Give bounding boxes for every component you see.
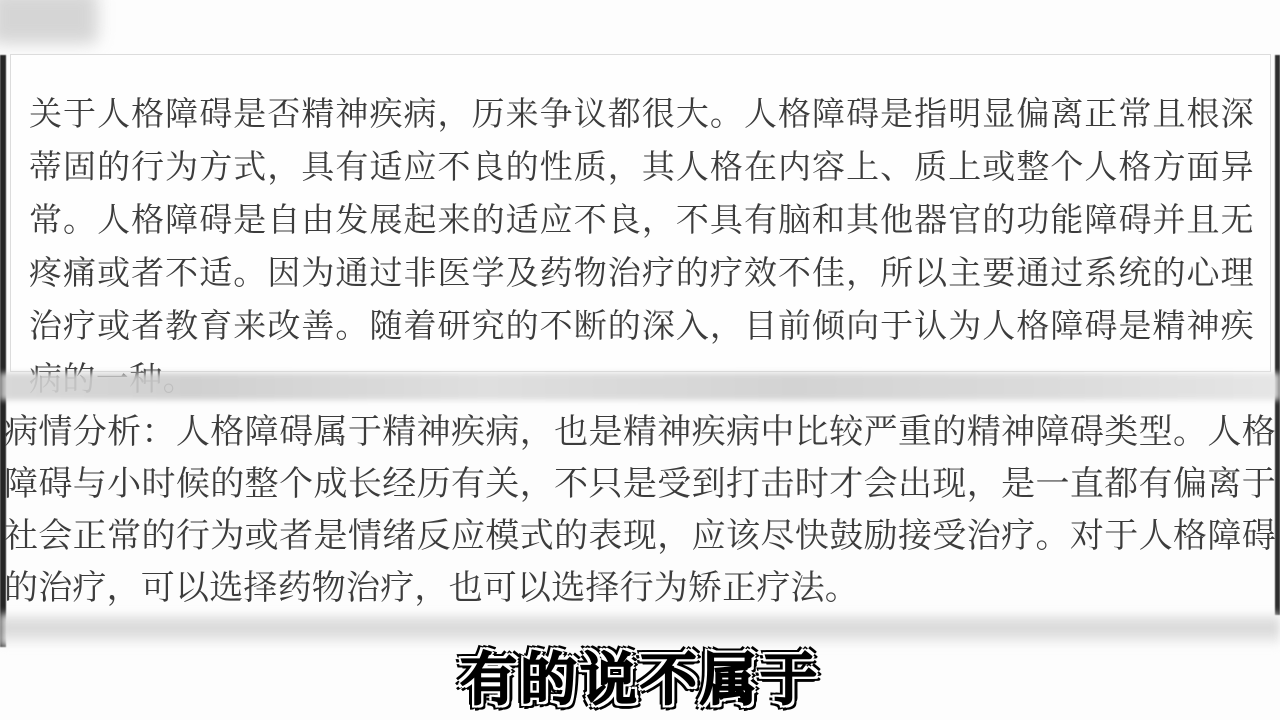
analysis-section: 病情分析：人格障碍属于精神疾病，也是精神疾病中比较严重的精神障碍类型。人格障碍与…	[4, 406, 1276, 614]
article-quote-box: 关于人格障碍是否精神疾病，历来争议都很大。人格障碍是指明显偏离正常且根深蒂固的行…	[10, 54, 1271, 372]
analysis-paragraph: 病情分析：人格障碍属于精神疾病，也是精神疾病中比较严重的精神障碍类型。人格障碍与…	[4, 406, 1276, 614]
divider-band-top	[0, 373, 1280, 400]
video-subtitle: 有的说不属于	[0, 634, 1280, 716]
blurred-watermark	[0, 0, 98, 44]
article-paragraph-1: 关于人格障碍是否精神疾病，历来争议都很大。人格障碍是指明显偏离正常且根深蒂固的行…	[29, 87, 1254, 405]
